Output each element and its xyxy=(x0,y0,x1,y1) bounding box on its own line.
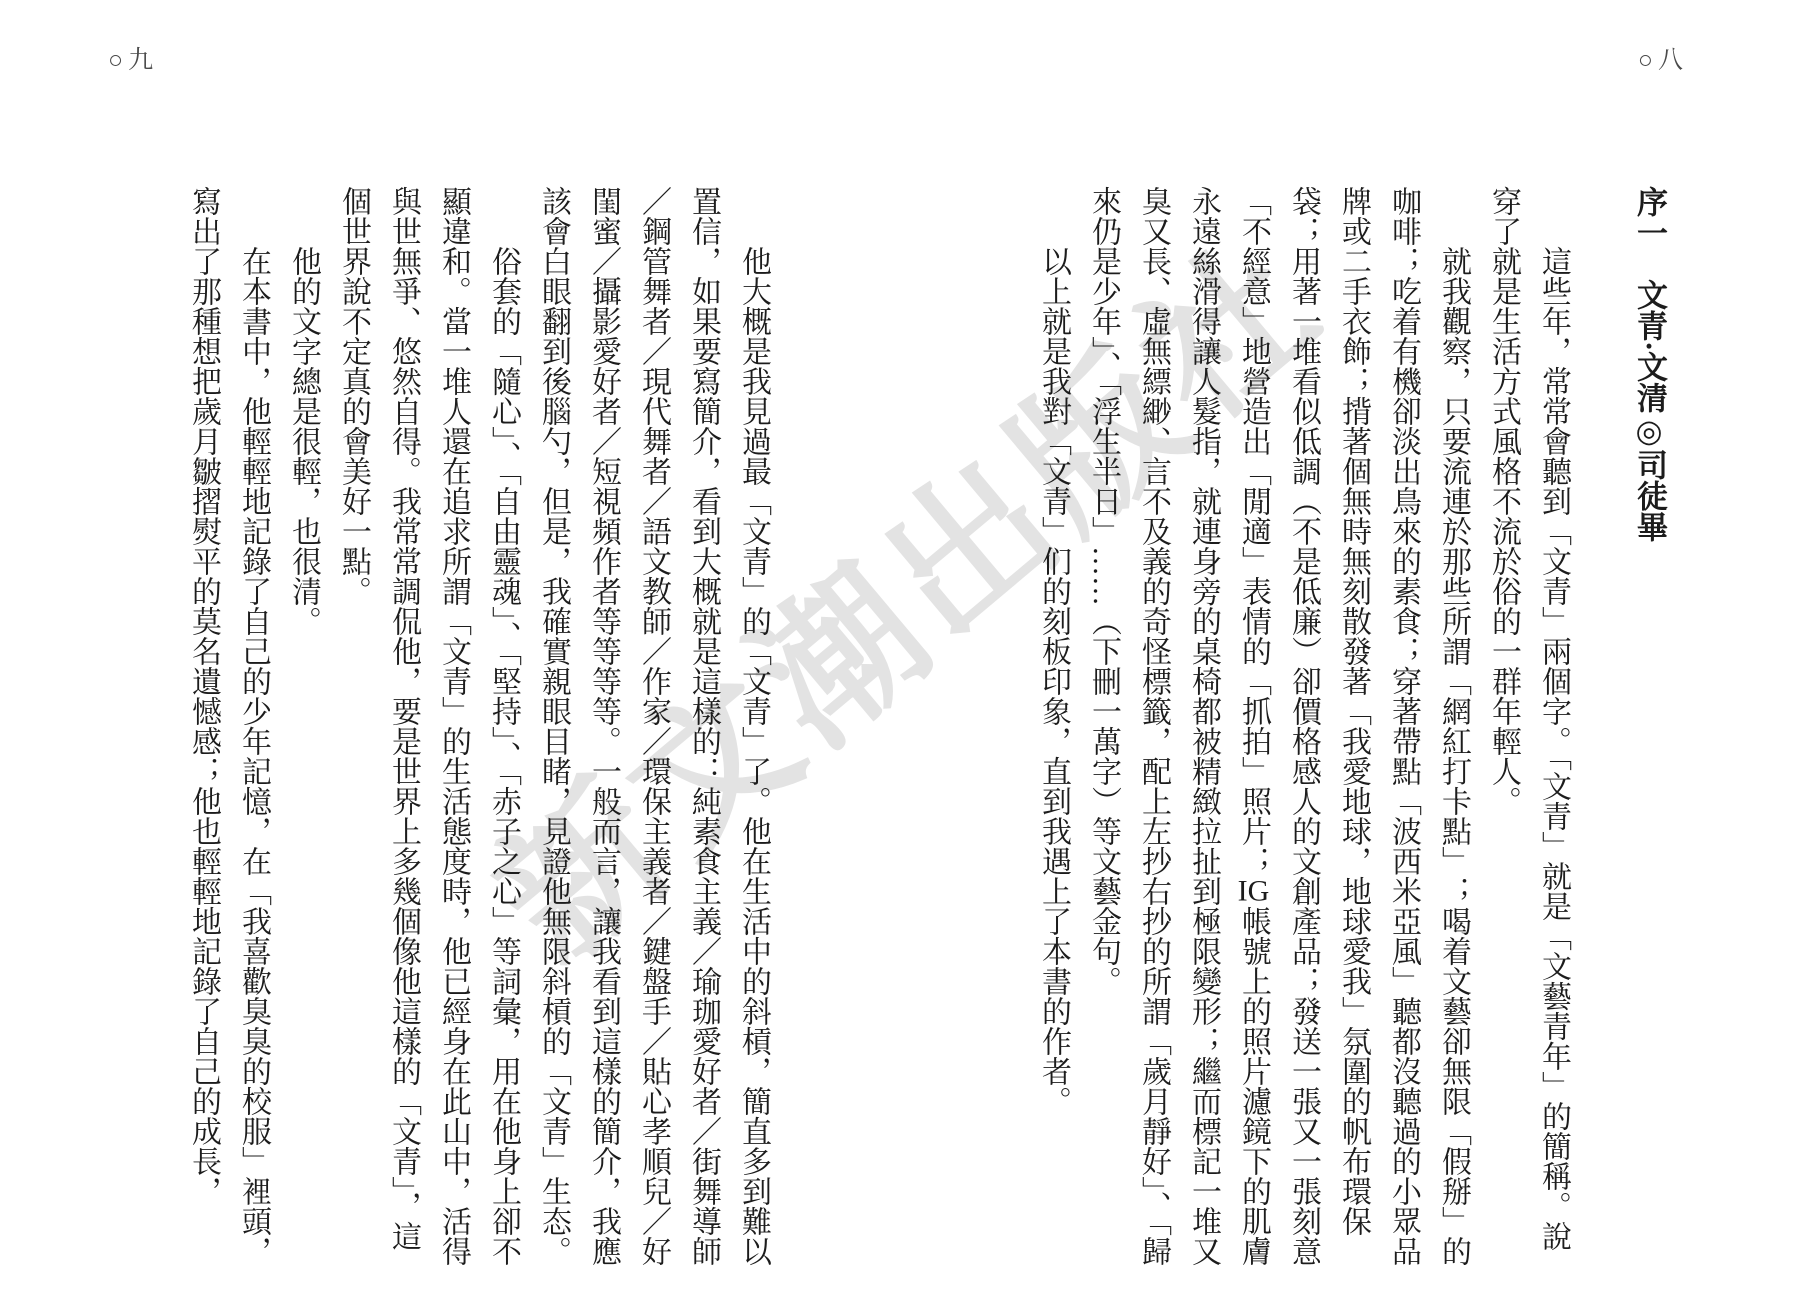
paragraph-left-2: 俗套的「隨心」、「自由靈魂」、「堅持」、「赤子之心」等詞彙，用在他身上卻不顯違和… xyxy=(328,186,528,1272)
paragraph-right-1: 這些年，常常會聽到「文青」兩個字。「文青」就是「文藝青年」的簡稱。說穿了就是生活… xyxy=(1478,186,1578,1272)
paragraph-right-2: 就我觀察，只要流連於那些所謂「網紅打卡點」；喝着文藝卻無限「假掰」的咖啡；吃着有… xyxy=(1078,186,1478,1272)
section-title: 序一 文青·文清◎司徒畢 xyxy=(1624,186,1674,1272)
page-left-content: 他大概是我見過最「文青」的「文青」了。他在生活中的斜槓，簡直多到難以置信，如果要… xyxy=(178,186,778,1272)
book-spread: 新文潮出版社 ○九 ○八 序一 文青·文清◎司徒畢 這些年，常常會聽到「文青」兩… xyxy=(0,0,1800,1316)
page-number-left: ○九 xyxy=(108,40,158,76)
paragraph-left-3: 他的文字總是很輕，也很清。 xyxy=(278,186,328,1272)
paragraph-left-1: 他大概是我見過最「文青」的「文青」了。他在生活中的斜槓，簡直多到難以置信，如果要… xyxy=(528,186,778,1272)
paragraph-left-4: 在本書中，他輕輕地記錄了自己的少年記憶，在「我喜歡臭臭的校服」裡頭，寫出了那種想… xyxy=(178,186,278,1272)
page-right-content: 序一 文青·文清◎司徒畢 這些年，常常會聽到「文青」兩個字。「文青」就是「文藝青… xyxy=(1028,186,1674,1272)
page-number-right: ○八 xyxy=(1638,40,1688,76)
paragraph-right-3: 以上就是我對「文青」们的刻板印象，直到我遇上了本書的作者。 xyxy=(1028,186,1078,1272)
